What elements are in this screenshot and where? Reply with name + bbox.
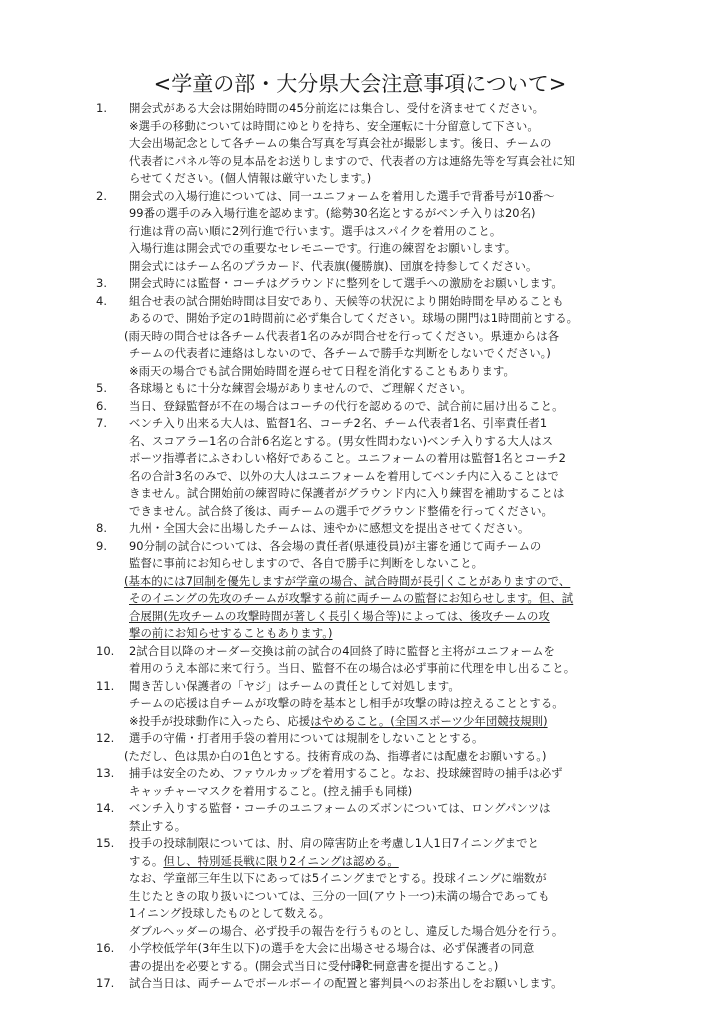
notice-item: 13.捕手は安全のため、ファウルカップを着用すること。なお、投球練習時の捕手は必… [0, 765, 724, 800]
item-text-line: 聞き苦しい保護者の「ヤジ」はチームの責任として対処します。 [129, 678, 599, 696]
item-number: 14. [96, 800, 130, 818]
item-text-line: 大会出場記念として各チームの集合写真を写真会社が撮影します。後日、チームの [129, 135, 599, 153]
notice-item: 5.各球場ともに十分な練習会場がありませんので、ご理解ください。 [0, 380, 724, 398]
item-number: 13. [96, 765, 130, 783]
page-number: — 28 — [0, 958, 724, 971]
notice-item: 17.試合当日は、両チームでボールボーイの配置と審判員へのお茶出しをお願いします… [0, 975, 724, 993]
notice-item: 15.投手の投球制限については、肘、肩の障害防止を考慮し1人1日7イニングまでと… [0, 835, 724, 940]
item-number: 6. [96, 398, 130, 416]
item-text-line: ベンチ入りする監督・コーチのユニフォームのズボンについては、ロングパンツは [129, 800, 599, 818]
item-text-line: 行進は背の高い順に2列行進で行います。選手はスパイクを着用のこと。 [129, 223, 599, 241]
item-text-line: チームの応援は自チームが攻撃の時を基本とし相手が攻撃の時は控えることとする。 [129, 695, 599, 713]
item-text-line: 監督に事前にお知らせしますので、各自で勝手に判断をしないこと。 [129, 555, 599, 573]
item-number: 15. [96, 835, 130, 853]
notice-item: 4.組合せ表の試合開始時間は目安であり、天候等の状況により開始時間を早めることも… [0, 293, 724, 381]
notice-item: 1.開会式がある大会は開始時間の45分前迄には集合し、受付を済ませてください。※… [0, 100, 724, 188]
item-text-line: 撃の前にお知らせすることもあります。) [129, 625, 599, 643]
item-number: 10. [96, 643, 130, 661]
item-text-line: 投手の投球制限については、肘、肩の障害防止を考慮し1人1日7イニングまでと [129, 835, 599, 853]
item-number: 12. [96, 730, 130, 748]
item-text-line: 各球場ともに十分な練習会場がありませんので、ご理解ください。 [129, 380, 599, 398]
notice-item: 8.九州・全国大会に出場したチームは、速やかに感想文を提出させてください。 [0, 520, 724, 538]
notice-item: 10.2試合目以降のオーダー交換は前の試合の4回終了時に監督と主将がユニフォーム… [0, 643, 724, 678]
item-text-line: 試合当日は、両チームでボールボーイの配置と審判員へのお茶出しをお願いします。 [129, 975, 599, 993]
item-text-line: ダブルヘッダーの場合、必ず投手の報告を行うものとし、違反した場合処分を行う。 [129, 923, 599, 941]
item-number: 2. [96, 188, 130, 206]
item-text-line: 入場行進は開会式での重要なセレモニーです。行進の練習をお願いします。 [129, 240, 599, 258]
item-text-line: あるので、開始予定の1時間前に必ず集合してください。球場の開門は1時間前とする。 [129, 310, 599, 328]
item-text-line: 開会式時には監督・コーチはグラウンドに整列をして選手への激励をお願いします。 [129, 275, 599, 293]
item-text-line: 開会式にはチーム名のプラカード、代表旗(優勝旗)、団旗を持参してください。 [129, 258, 599, 276]
item-text-line: 開会式の入場行進については、同一ユニフォームを着用した選手で背番号が10番〜 [129, 188, 599, 206]
item-text-line: ポーツ指導者にふさわしい格好であること。ユニフォームの着用は監督1名とコーチ2 [129, 450, 599, 468]
notice-item: 2.開会式の入場行進については、同一ユニフォームを着用した選手で背番号が10番〜… [0, 188, 724, 276]
item-number: 3. [96, 275, 130, 293]
notice-list: 1.開会式がある大会は開始時間の45分前迄には集合し、受付を済ませてください。※… [0, 100, 724, 993]
item-text-line: 1イニング投球したものとして数える。 [129, 905, 599, 923]
item-text-line: ※雨天の場合でも試合開始時間を遅らせて日程を消化することもあります。 [129, 363, 599, 381]
item-text-line: (雨天時の問合せは各チーム代表者1名のみが問合せを行ってください。県連からは各 [124, 328, 594, 346]
item-text-line: できません。試合終了後は、両チームの選手でグラウンド整備を行ってください。 [129, 503, 599, 521]
item-text-line: ※投手が投球動作に入ったら、応援はやめること。(全国スポーツ少年団競技規則) [129, 713, 599, 731]
notice-item: 7.ベンチ入り出来る大人は、監督1名、コーチ2名、チーム代表者1名、引率責任者1… [0, 415, 724, 520]
item-text-line: チームの代表者に連絡はしないので、各チームで勝手な判断をしないでください。) [129, 345, 599, 363]
item-number: 11. [96, 678, 130, 696]
item-number: 8. [96, 520, 130, 538]
item-text-line: 当日、登録監督が不在の場合はコーチの代行を認めるので、試合前に届け出ること。 [129, 398, 599, 416]
notice-item: 11.聞き苦しい保護者の「ヤジ」はチームの責任として対処します。チームの応援は自… [0, 678, 724, 731]
item-text-line: 90分制の試合については、各会場の責任者(県連役員)が主審を通じて両チームの [129, 538, 599, 556]
item-text-line: ベンチ入り出来る大人は、監督1名、コーチ2名、チーム代表者1名、引率責任者1 [129, 415, 599, 433]
item-text-line: する。但し、特別延長戦に限り2イニングは認める。 [129, 853, 599, 871]
item-number: 5. [96, 380, 130, 398]
item-text-line: 2試合目以降のオーダー交換は前の試合の4回終了時に監督と主将がユニフォームを [129, 643, 599, 661]
page-title: <学童の部・大分県大会注意事項について> [150, 68, 570, 98]
item-text-line: そのイニングの先攻のチームが攻撃する前に両チームの監督にお知らせします。但、試 [129, 590, 599, 608]
item-text-line: きません。試合開始前の練習時に保護者がグラウンド内に入り練習を補助することは [129, 485, 599, 503]
item-number: 16. [96, 940, 130, 958]
item-text-line: ※選手の移動については時間にゆとりを持ち、安全運転に十分留意して下さい。 [129, 118, 599, 136]
item-text-line: キャッチャーマスクを着用すること。(控え捕手も同様) [129, 783, 599, 801]
item-text-line: 代表者にパネル等の見本品をお送りしますので、代表者の方は連絡先等を写真会社に知 [129, 153, 599, 171]
notice-item: 9.90分制の試合については、各会場の責任者(県連役員)が主審を通じて両チームの… [0, 538, 724, 643]
item-number: 17. [96, 975, 130, 993]
item-number: 4. [96, 293, 130, 311]
item-text-line: らせてください。(個人情報は厳守いたします。) [129, 170, 599, 188]
notice-item: 6.当日、登録監督が不在の場合はコーチの代行を認めるので、試合前に届け出ること。 [0, 398, 724, 416]
notice-item: 14.ベンチ入りする監督・コーチのユニフォームのズボンについては、ロングパンツは… [0, 800, 724, 835]
item-text-line: 99番の選手のみ入場行進を認めます。(総勢30名迄とするがベンチ入りは20名) [129, 205, 599, 223]
item-text-line: 小学校低学年(3年生以下)の選手を大会に出場させる場合は、必ず保護者の同意 [129, 940, 599, 958]
item-text-line: なお、学童部三年生以下にあっては5イニングまでとする。投球イニングに端数が [129, 870, 599, 888]
item-text-line: 九州・全国大会に出場したチームは、速やかに感想文を提出させてください。 [129, 520, 599, 538]
item-text-line: 組合せ表の試合開始時間は目安であり、天候等の状況により開始時間を早めることも [129, 293, 599, 311]
item-text-line: 着用のうえ本部に来て行う。当日、監督不在の場合は必ず事前に代理を申し出ること。 [129, 660, 599, 678]
item-text-line: 名、スコアラー1名の合計6名迄とする。(男女性問わない)ベンチ入りする大人はス [129, 433, 599, 451]
item-text-line: 合展開(先攻チームの攻撃時間が著しく長引く場合等)によっては、後攻チームの攻 [129, 608, 599, 626]
item-text-line: (基本的には7回制を優先しますが学童の場合、試合時間が長引くことがありますので、 [124, 573, 594, 591]
item-text-line: (ただし、色は黒か白の1色とする。技術育成の為、指導者には配慮をお願いする。) [124, 748, 594, 766]
item-text-line: 捕手は安全のため、ファウルカップを着用すること。なお、投球練習時の捕手は必ず [129, 765, 599, 783]
item-text-line: 名の合計3名のみで、以外の大人はユニフォームを着用してベンチ内に入ることはで [129, 468, 599, 486]
item-number: 1. [96, 100, 130, 118]
item-text-line: 生じたときの取り扱いについては、三分の一回(アウト一つ)未満の場合であっても [129, 888, 599, 906]
item-number: 7. [96, 415, 130, 433]
item-text-line: 開会式がある大会は開始時間の45分前迄には集合し、受付を済ませてください。 [129, 100, 599, 118]
item-text-line: 禁止する。 [129, 818, 599, 836]
notice-item: 3.開会式時には監督・コーチはグラウンドに整列をして選手への激励をお願いします。 [0, 275, 724, 293]
notice-item: 12.選手の守備・打者用手袋の着用については規制をしないこととする。(ただし、色… [0, 730, 724, 765]
item-number: 9. [96, 538, 130, 556]
item-text-line: 選手の守備・打者用手袋の着用については規制をしないこととする。 [129, 730, 599, 748]
document-page: <学童の部・大分県大会注意事項について> 1.開会式がある大会は開始時間の45分… [0, 0, 724, 1024]
